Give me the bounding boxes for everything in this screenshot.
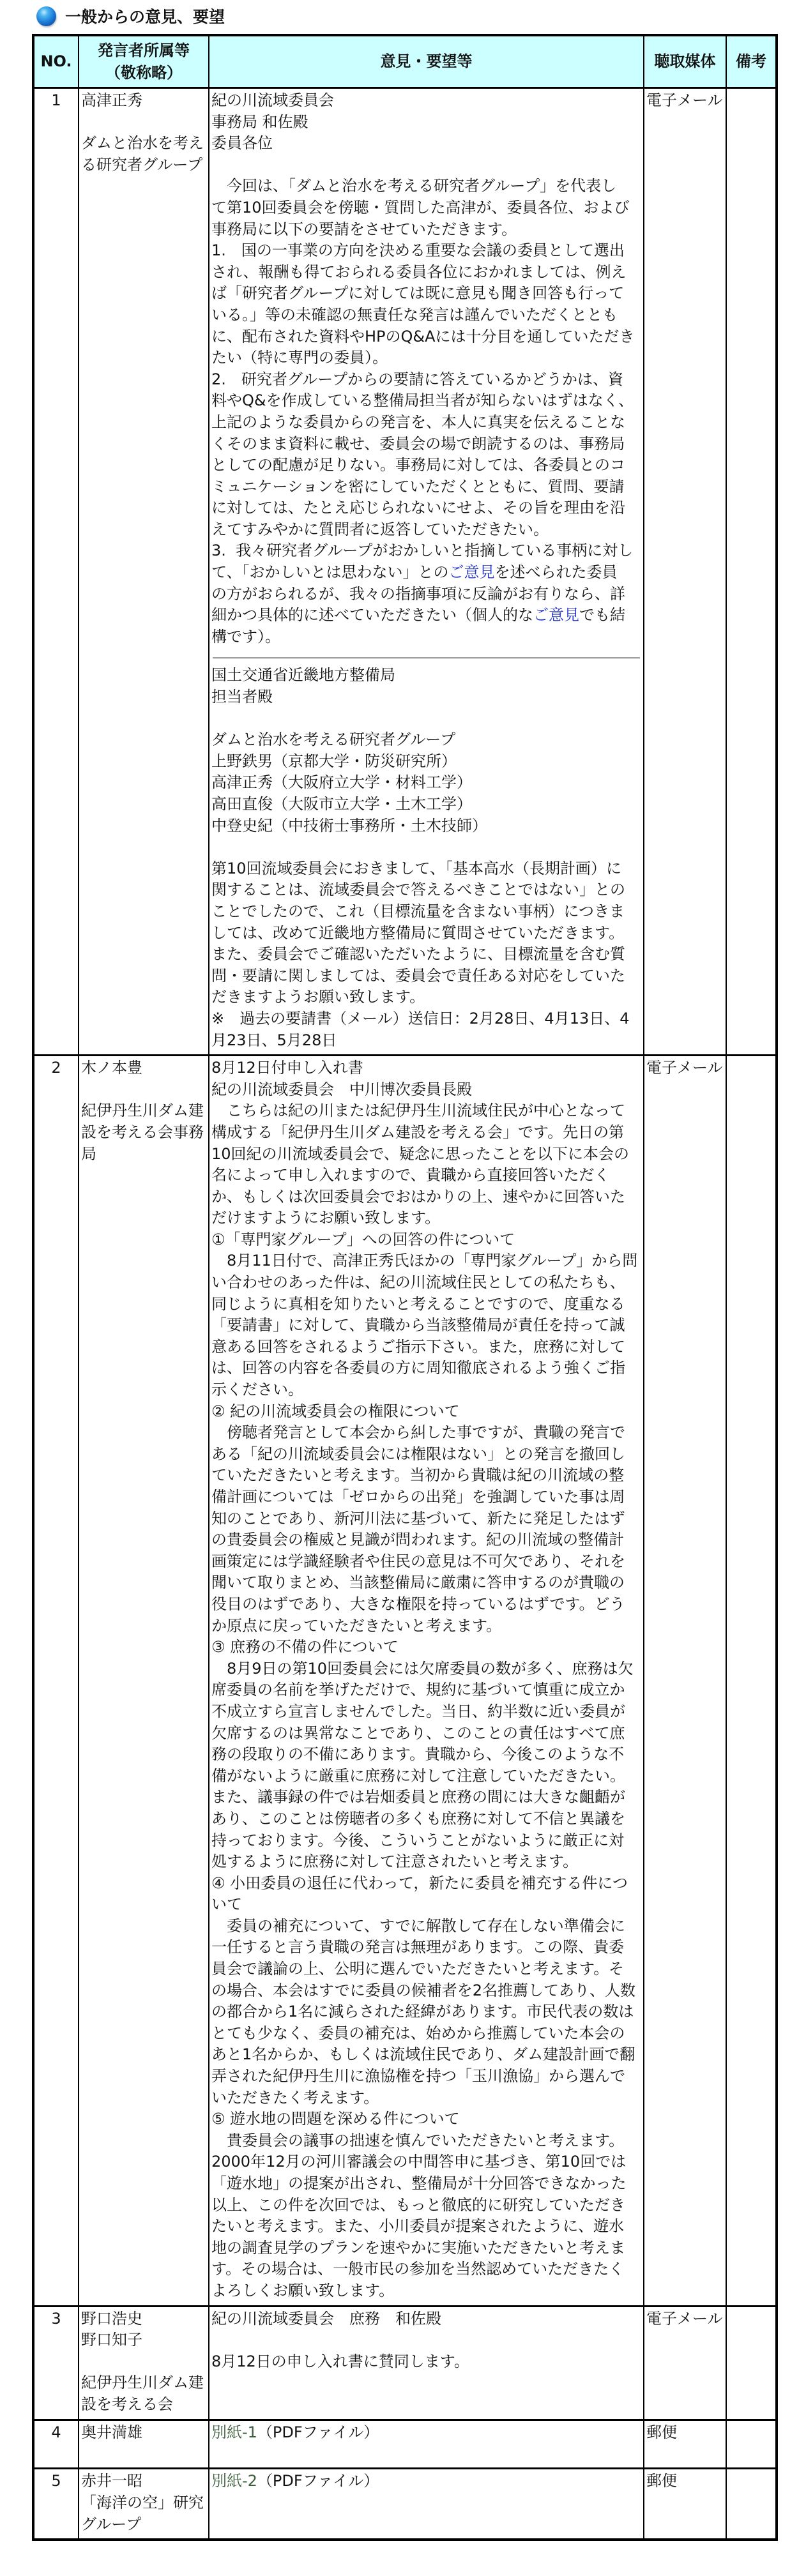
opinion-line: の場合、本会はすでに委員の候補者を2名推薦してあり、人数 [211, 1980, 641, 2002]
opinion-line: 別紙-1（PDFファイル） [211, 2422, 641, 2444]
opinion-line: 貴委員会の議事の拙速を慎んでいただきたいと考えます。 [211, 2130, 641, 2152]
speaker-line: 木ノ本豊 [81, 1057, 206, 1079]
opinion-line: また、議事録の件では岩畑委員と庶務の間には大きな齟齬が [211, 1787, 641, 1808]
opinion-line: ※ 過去の要請書（メール）送信日：2月28日、4月13日、4 [211, 1008, 641, 1030]
opinion-line: あと1名からか、もしくは流域住民であり、ダム建設計画で翻 [211, 2044, 641, 2066]
attachment-link[interactable]: 別紙-1 [211, 2423, 257, 2441]
speaker-line: 設を考える会 [81, 2394, 206, 2416]
opinion-line: 席委員の名前を挙げただけで、規約に基づいて慎重に成立か [211, 1679, 641, 1701]
opinion-line [211, 708, 641, 730]
opinion-line: 10回紀の川流域委員会で、疑念に思ったことを以下に本会の [211, 1144, 641, 1165]
opinion-line: 2. 研究者グループからの要請に答えているかどうかは、資 [211, 369, 641, 391]
opinions-table: NO. 発言者所属等 （敬称略） 意見・要望等 聴取媒体 備考 1 高津正秀 ダ… [32, 34, 778, 2541]
opinion-line: 1. 国の一事業の方向を決める重要な会議の委員として選出 [211, 240, 641, 262]
row-number: 3 [34, 2307, 79, 2421]
opinion-line: 3. 我々研究者グループがおかしいと指摘している事柄に対し [211, 540, 641, 562]
opinion-line: 8月12日の申し入れ書に賛同します。 [211, 2351, 641, 2373]
media-text: 電子メール [646, 90, 724, 112]
opinion-line: ダムと治水を考える研究者グループ [211, 729, 641, 751]
remarks-cell [727, 2469, 775, 2538]
media-text: 郵便 [646, 2422, 724, 2444]
media-cell: 電子メール [644, 89, 727, 1056]
remarks-cell [727, 1056, 775, 2307]
opinion-line: ことでしたので、これ（目標流量を含まない事柄）につきま [211, 901, 641, 923]
opinion-line: 高田直俊（大阪市立大学・土木工学） [211, 794, 641, 815]
opinion-line: 事務局に以下の要請をさせていただきます。 [211, 219, 641, 241]
speaker-line [81, 1079, 206, 1101]
opinion-line: とても少なく、委員の補充は、始めから推薦していた本会の [211, 2023, 641, 2045]
header-speaker: 発言者所属等 （敬称略） [79, 36, 209, 89]
attachment-type: （PDFファイル） [257, 2472, 379, 2490]
opinion-line: 員会で議論の上、公明に選んでいただきたいと考えます。そ [211, 1959, 641, 1980]
opinion-line: 同じように真相を知りたいと考えることですので、度重なる [211, 1294, 641, 1315]
opinion-line: 委員の補充について、すでに解散して存在しない準備会に [211, 1916, 641, 1937]
row-number: 2 [34, 1056, 79, 2307]
horizontal-rule [211, 648, 641, 665]
opinion-line: 構成する「紀伊丹生川ダム建設を考える会」です。先日の第 [211, 1122, 641, 1144]
opinion-line: 「要請書」に対して、貴職から当該整備局が責任を持って誠 [211, 1315, 641, 1337]
speaker-cell: 赤井一昭 「海洋の空」研究 グループ [79, 2469, 209, 2538]
table-row: 1 高津正秀 ダムと治水を考え る研究者グループ 紀の川流域委員会 事務局 和佐… [34, 89, 775, 1056]
row-number-text: 4 [36, 2422, 76, 2444]
opinion-line: 以上、この件を次回では、もっと徹底的に研究していただき [211, 2195, 641, 2216]
opinion-link[interactable]: ご意見 [533, 606, 579, 624]
opinion-line: 8月11日付で、高津正秀氏ほかの「専門家グループ」から問 [211, 1250, 641, 1272]
opinion-line: いて [211, 1894, 641, 1916]
opinion-line: 委員各位 [211, 133, 641, 155]
opinion-line: しては、改めて近畿地方整備局に質問させていただきます。 [211, 923, 641, 944]
speaker-line [81, 112, 206, 133]
remarks-cell [727, 2307, 775, 2421]
opinion-line: ③ 庶務の不備の件について [211, 1637, 641, 1658]
speaker-line: 「海洋の空」研究 [81, 2492, 206, 2514]
media-text: 電子メール [646, 2308, 724, 2330]
opinion-line: ④ 小田委員の退任に代わって，新たに委員を補充する件につ [211, 1873, 641, 1895]
media-cell: 郵便 [644, 2421, 727, 2470]
speaker-line: 高津正秀 [81, 90, 206, 112]
opinion-line: い合わせのあった件は、紀の川流域住民としての私たちも、 [211, 1272, 641, 1294]
opinion-line: 処するように庶務に対して注意されたいと考えます。 [211, 1851, 641, 1873]
opinion-line: 第10回流域委員会におきまして、「基本高水（長期計画）に [211, 858, 641, 880]
opinion-line: たいと考えます。また、小川委員が提案されたように、遊水 [211, 2216, 641, 2238]
media-text: 郵便 [646, 2471, 724, 2492]
opinion-line [211, 837, 641, 858]
table-row: 2 木ノ本豊 紀伊丹生川ダム建 設を考える会事務 局 8月12日付申し入れ書 紀… [34, 1056, 775, 2307]
opinion-line: だきますようお願い致します。 [211, 987, 641, 1008]
opinion-line [211, 2330, 641, 2351]
opinion-line: 欠席するのは異常なことであり、このことの責任はすべて庶 [211, 1723, 641, 1745]
opinion-line: よろしくお願い致します。 [211, 2280, 641, 2302]
row-number-text: 3 [36, 2308, 76, 2330]
opinion-line: 今回は、「ダムと治水を考える研究者グループ」を代表し [211, 176, 641, 197]
media-cell: 電子メール [644, 1056, 727, 2307]
opinion-line: 地の調査見学のプランを速やかに実施いただきたいと考えま [211, 2238, 641, 2259]
speaker-line: る研究者グループ [81, 155, 206, 176]
opinion-line: 紀の川流域委員会 中川博次委員長殿 [211, 1079, 641, 1101]
opinion-line: 意ある回答をされるようご指示下さい。また，庶務に対して [211, 1337, 641, 1358]
opinion-line: 担当者殿 [211, 686, 641, 708]
opinion-line: 上野鉄男（京都大学・防災研究所） [211, 751, 641, 773]
opinion-line: また、委員会でご確認いただいたように、目標流量を含む質 [211, 944, 641, 966]
opinion-line: 弄された紀伊丹生川に漁協権を持つ「玉川漁協」から選んで [211, 2066, 641, 2087]
opinion-line: は、回答の内容を各委員の方に周知徹底されるよう強くご指 [211, 1358, 641, 1379]
opinion-line: 国土交通省近畿地方整備局 [211, 665, 641, 686]
media-cell: 電子メール [644, 2307, 727, 2421]
opinion-line: 備がないように厳重に庶務に対して注意していただきたい。 [211, 1766, 641, 1787]
opinion-text: でも結 [579, 606, 625, 624]
opinion-line: 8月12日付申し入れ書 [211, 1057, 641, 1079]
opinion-line: 不成立すら宣言しませんでした。当日、約半数に近い委員が [211, 1701, 641, 1723]
row-number: 1 [34, 89, 79, 1056]
opinion-line: 高津正秀（大阪府立大学・材料工学） [211, 772, 641, 794]
opinion-line: ある「紀の川流域委員会には権限はない」との発言を撤回し [211, 1444, 641, 1466]
table-row: 4 奥井満雄 別紙-1（PDFファイル） 郵便 [34, 2421, 775, 2470]
opinion-text: 細かつ具体的に述べていただきたい（個人的な [211, 606, 533, 624]
opinion-line: 知のことであり、新河川法に基づいて、新たに発足したはず [211, 1508, 641, 1530]
opinion-line: 画策定には学識経験者や住民の意見は不可欠であり、それを [211, 1551, 641, 1573]
opinion-line: 細かつ具体的に述べていただきたい（個人的なご意見でも結 [211, 605, 641, 626]
opinion-line: て第10回委員会を傍聴・質問した高津が、委員各位、および [211, 197, 641, 219]
header-opinion: 意見・要望等 [209, 36, 644, 89]
speaker-cell: 奥井満雄 [79, 2421, 209, 2470]
opinion-line: て、「おかしいとは思わない」とのご意見を述べられた委員 [211, 562, 641, 584]
row-number-text: 1 [36, 90, 76, 112]
opinion-line: いる。」等の未確認の無責任な発言は謹んでいただくととも [211, 305, 641, 326]
opinion-text: を述べられた委員 [495, 563, 618, 581]
opinion-line: 聞いて取りまとめ、当該整備局に厳粛に答申するのが貴職の [211, 1572, 641, 1594]
opinion-line: の都合から1名に減らされた経緯があります。市民代表の数は [211, 2001, 641, 2023]
opinion-link[interactable]: ご意見 [449, 563, 495, 581]
opinion-line: 月23日、5月28日 [211, 1030, 641, 1052]
opinion-line: の方がおられるが、我々の指摘事項に反論がお有りなら、詳 [211, 584, 641, 605]
opinion-line: としての配慮が足りない。事務局に対しては、各委員とのコ [211, 455, 641, 476]
opinion-line: 持っております。今後、こういうことがないように厳正に対 [211, 1830, 641, 1852]
header-speaker-line1: 発言者所属等 [80, 40, 207, 62]
opinion-line: 2000年12月の河川審議会の中間答申に基づき、第10回では [211, 2151, 641, 2173]
opinion-line: 示ください。 [211, 1379, 641, 1401]
opinion-line: 傍聴者発言として本会から糾した事ですが、貴職の発言で [211, 1422, 641, 1444]
speaker-line: 紀伊丹生川ダム建 [81, 1100, 206, 1122]
opinion-line: ⑤ 遊水地の問題を深める件について [211, 2109, 641, 2130]
speaker-cell: 木ノ本豊 紀伊丹生川ダム建 設を考える会事務 局 [79, 1056, 209, 2307]
opinion-line: 問・要請に関しましては、委員会で責任ある対応をしていた [211, 966, 641, 987]
opinion-line: か、もしくは次回委員会でおはかりの上、速やかに回答いた [211, 1186, 641, 1208]
opinion-cell: 別紙-2（PDFファイル） [209, 2469, 644, 2538]
opinion-line: 事務局 和佐殿 [211, 112, 641, 133]
blue-sphere-bullet-icon [36, 6, 56, 26]
speaker-line: 紀伊丹生川ダム建 [81, 2372, 206, 2394]
opinion-line: 構です）。 [211, 626, 641, 648]
speaker-line: 設を考える会事務 [81, 1122, 206, 1144]
speaker-line: 奥井満雄 [81, 2422, 206, 2444]
speaker-line: 局 [81, 1144, 206, 1165]
header-no: NO. [34, 36, 79, 89]
remarks-cell [727, 89, 775, 1056]
speaker-cell: 野口浩史 野口知子 紀伊丹生川ダム建 設を考える会 [79, 2307, 209, 2421]
opinion-line: くそのまま資料に載せ、委員会の場で朗読するのは、事務局 [211, 434, 641, 455]
media-text: 電子メール [646, 1057, 724, 1079]
speaker-line: 野口知子 [81, 2330, 206, 2351]
opinion-line: 名によって申し入れますので、貴職から直接回答いただく [211, 1165, 641, 1186]
opinion-line: ①「専門家グループ」への回答の件について [211, 1229, 641, 1251]
section-title: 一般からの意見、要望 [65, 6, 225, 29]
section-title-bar: 一般からの意見、要望 [0, 0, 806, 34]
opinion-line: あり、このことは傍聴者の多くも庶務に対して不信と異議を [211, 1808, 641, 1830]
opinion-line: ば「研究者グループに対しては既に意見も聞き回答も行って [211, 283, 641, 305]
opinion-line: ていただきたいと考えます。当初から貴職は紀の川流域の整 [211, 1465, 641, 1487]
row-number-text: 2 [36, 1057, 76, 1079]
opinion-line: 中登史紀（中技術士事務所・土木技師） [211, 815, 641, 837]
row-number-text: 5 [36, 2471, 76, 2492]
opinion-line: いただきたく考えます。 [211, 2087, 641, 2109]
opinion-line: ミュニケーションを密にしていただくとともに、質問、要請 [211, 476, 641, 498]
opinion-line: の貴委員会の権威と見識が問われます。紀の川流域の整備計 [211, 1529, 641, 1551]
speaker-line: 野口浩史 [81, 2308, 206, 2330]
opinion-line: 8月9日の第10回委員会には欠席委員の数が多く、庶務は欠 [211, 1658, 641, 1680]
table-row: 3 野口浩史 野口知子 紀伊丹生川ダム建 設を考える会 紀の川流域委員会 庶務 … [34, 2307, 775, 2421]
opinion-line: 備計画については「ゼロからの出発」を強調していた事は周 [211, 1487, 641, 1508]
opinion-line: 料やQ&を作成している整備局担当者が知らないはずはなく、 [211, 390, 641, 412]
table-header-row: NO. 発言者所属等 （敬称略） 意見・要望等 聴取媒体 備考 [34, 36, 775, 89]
opinion-cell: 8月12日付申し入れ書 紀の川流域委員会 中川博次委員長殿 こちらは紀の川または… [209, 1056, 644, 2307]
opinion-text: て、「おかしいとは思わない」との [211, 563, 449, 581]
opinion-line: 務の段取りの不備にあります。貴職から、今後このような不 [211, 1744, 641, 1766]
row-number: 4 [34, 2421, 79, 2470]
remarks-cell [727, 2421, 775, 2470]
header-remarks: 備考 [727, 36, 775, 89]
opinion-line: 紀の川流域委員会 庶務 和佐殿 [211, 2308, 641, 2330]
opinion-cell: 別紙-1（PDFファイル） [209, 2421, 644, 2470]
attachment-link[interactable]: 別紙-2 [211, 2472, 257, 2490]
opinion-line: に対しては、たとえ応じられないにせよ、その旨を理由を沿 [211, 497, 641, 519]
opinion-line: 紀の川流域委員会 [211, 90, 641, 112]
opinion-line: 上記のような委員からの発言を、本人に真実を伝えることな [211, 412, 641, 434]
opinion-line: だけますようにお願い致します。 [211, 1208, 641, 1229]
opinion-line [211, 155, 641, 176]
opinion-line: えてすみやかに質問者に返答していただきたい。 [211, 519, 641, 541]
opinion-cell: 紀の川流域委員会 庶務 和佐殿 8月12日の申し入れ書に賛同します。 [209, 2307, 644, 2421]
opinion-line: に、配布された資料やHPのQ&Aには十分目を通していただき [211, 326, 641, 348]
speaker-line [81, 2351, 206, 2373]
opinion-line: 「遊水地」の提案が出され、整備局が十分回答できなかった [211, 2173, 641, 2195]
opinion-line: 関することは、流域委員会で答えるべきことではない」との [211, 879, 641, 901]
media-cell: 郵便 [644, 2469, 727, 2538]
speaker-cell: 高津正秀 ダムと治水を考え る研究者グループ [79, 89, 209, 1056]
header-media: 聴取媒体 [644, 36, 727, 89]
opinion-line: され、報酬も得ておられる委員各位におかれましては、例え [211, 262, 641, 284]
opinion-line: 一任すると言う貴職の発言は無理があります。この際、貴委 [211, 1937, 641, 1959]
header-speaker-line2: （敬称略） [80, 62, 207, 84]
attachment-type: （PDFファイル） [257, 2423, 379, 2441]
speaker-line: 赤井一昭 [81, 2471, 206, 2492]
opinion-line: す。その場合は、一般市民の参加を当然認めていただきたく [211, 2259, 641, 2280]
opinion-line: ② 紀の川流域委員会の権限について [211, 1401, 641, 1423]
opinion-cell: 紀の川流域委員会 事務局 和佐殿 委員各位 今回は、「ダムと治水を考える研究者グ… [209, 89, 644, 1056]
opinion-line: か原点に戻っていただきたいと考えます。 [211, 1616, 641, 1637]
opinion-line: こちらは紀の川または紀伊丹生川流域住民が中心となって [211, 1100, 641, 1122]
speaker-line: ダムと治水を考え [81, 133, 206, 155]
speaker-line: グループ [81, 2514, 206, 2536]
opinion-line: 役目のはずであり、大きな権限を持っているはずです。どう [211, 1594, 641, 1616]
opinion-line: 別紙-2（PDFファイル） [211, 2471, 641, 2492]
row-number: 5 [34, 2469, 79, 2538]
opinion-line: たい（特に専門の委員）。 [211, 347, 641, 369]
table-row: 5 赤井一昭 「海洋の空」研究 グループ 別紙-2（PDFファイル） 郵便 [34, 2469, 775, 2538]
